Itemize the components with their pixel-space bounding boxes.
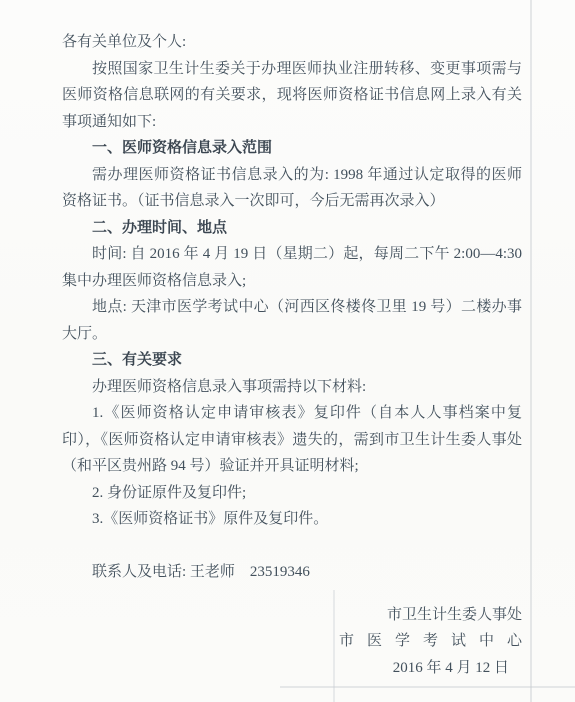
notice-body: 各有关单位及个人: 按照国家卫生计生委关于办理医师执业注册转移、变更事项需与医师…: [0, 0, 575, 681]
signature-org-line-2: 市医学考试中心: [62, 628, 535, 655]
section-1-heading: 一、医师资格信息录入范围: [62, 135, 522, 162]
scan-edge-shadow: [280, 686, 575, 688]
section-2-paragraph-time: 时间: 自 2016 年 4 月 19 日（星期二）起，每周二下午 2:00—4…: [62, 241, 522, 294]
signature-block: 市卫生计生委人事处 市医学考试中心 2016 年 4 月 12 日: [62, 602, 522, 682]
intro-paragraph: 按照国家卫生计生委关于办理医师执业注册转移、变更事项需与医师资格信息联网的有关要…: [62, 56, 522, 136]
signature-org-line-1: 市卫生计生委人事处: [62, 602, 522, 629]
section-2-heading: 二、办理时间、地点: [62, 215, 522, 242]
section-2-paragraph-location: 地点: 天津市医学考试中心（河西区佟楼佟卫里 19 号）二楼办事大厅。: [62, 294, 522, 347]
contact-line: 联系人及电话: 王老师 23519346: [62, 559, 522, 586]
signature-date: 2016 年 4 月 12 日: [62, 655, 522, 682]
section-3-material-item-1: 1.《医师资格认定申请审核表》复印件（自本人人事档案中复印），《医师资格认定申请…: [62, 400, 522, 480]
section-1-paragraph-1: 需办理医师资格证书信息录入的为: 1998 年通过认定取得的医师资格证书。（证书…: [62, 162, 522, 215]
section-3-material-item-3: 3.《医师资格证书》原件及复印件。: [62, 506, 522, 533]
salutation: 各有关单位及个人:: [62, 29, 522, 56]
section-3-paragraph-materials-intro: 办理医师资格信息录入事项需持以下材料:: [62, 374, 522, 401]
scanned-notice-page: 各有关单位及个人: 按照国家卫生计生委关于办理医师执业注册转移、变更事项需与医师…: [0, 0, 575, 702]
section-3-heading: 三、有关要求: [62, 347, 522, 374]
section-3-material-item-2: 2. 身份证原件及复印件;: [62, 480, 522, 507]
